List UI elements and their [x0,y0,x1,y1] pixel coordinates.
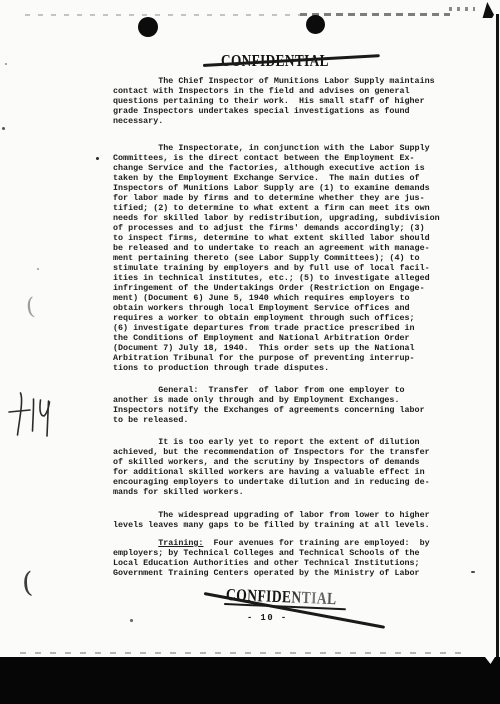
scan-speck [2,127,5,130]
margin-paren-mark-upper: ( [25,296,36,320]
paragraph-training: Training: Four avenues for training are … [113,538,459,578]
paragraph-inspectorate-duties: The Inspectorate, in conjunction with th… [113,143,459,373]
training-label: Training: [158,538,203,548]
scan-speck [37,268,39,270]
page-edge-line [496,14,499,658]
scanned-document-page: CONFIDENTIAL The Chief Inspector of Muni… [0,0,500,704]
corner-smudge [449,7,475,11]
scan-speck [471,571,475,573]
scan-noise-streak-dark [300,13,450,16]
hole-punch-left-icon [138,17,158,37]
scan-noise-streak [25,14,300,16]
paragraph-dilution: It is too early yet to report the extent… [113,437,459,497]
scan-black-band [0,657,500,704]
paragraph-general: General: Transfer of labor from one empl… [113,385,459,425]
margin-paren-mark-lower: ( [21,569,33,598]
scan-speck [130,619,133,622]
paragraph-upgrading: The widespread upgrading of labor from l… [113,510,459,530]
page-bottom-edge-shadow [20,652,470,654]
paragraph-chief-inspector: The Chief Inspector of Munitions Labor S… [113,76,459,126]
handwritten-note-f14 [5,387,55,441]
document-body: The Chief Inspector of Munitions Labor S… [113,76,459,578]
scan-speck [96,157,99,160]
hole-punch-right-icon [306,15,325,34]
page-number: - 10 - [247,613,288,623]
scan-speck [5,63,7,65]
corner-ink-mark [481,2,494,18]
